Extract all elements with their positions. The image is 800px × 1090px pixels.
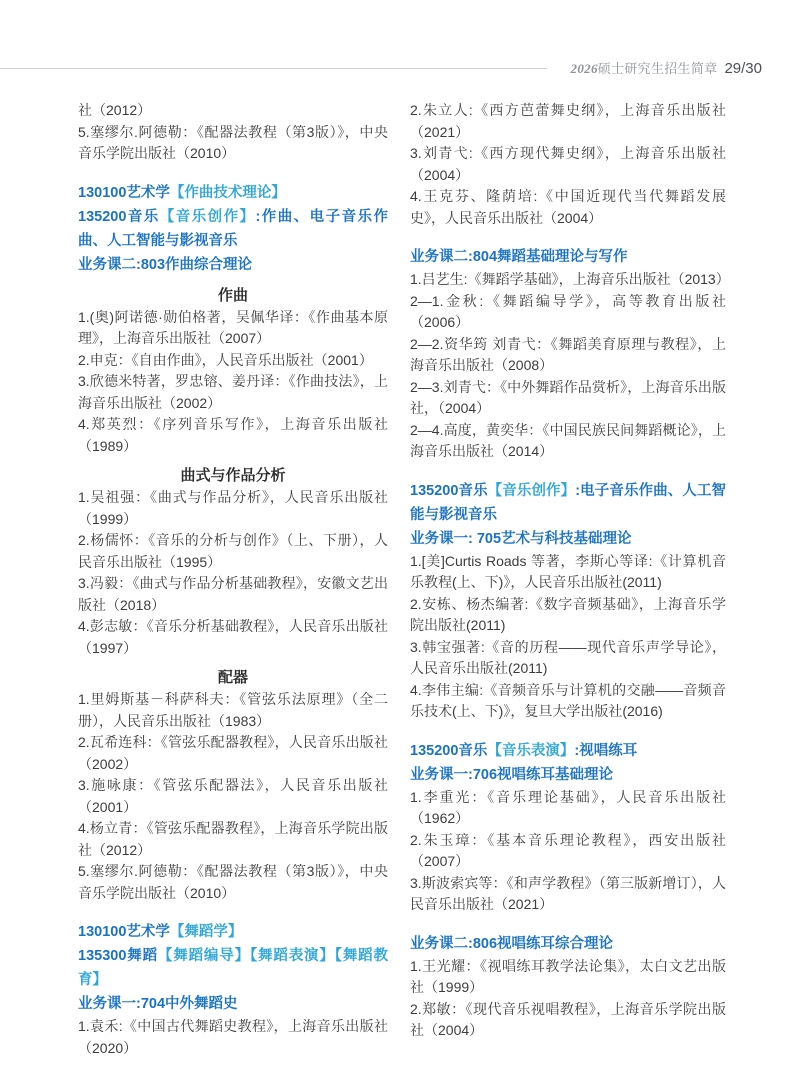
reference-item: 1.王光耀：《视唱练耳教学法论集》，太白文艺出版社（1999） xyxy=(410,956,726,999)
reference-item: 2.朱立人:《西方芭蕾舞史纲》，上海音乐出版社（2021） xyxy=(410,100,726,143)
reference-item: 2—1.金秋:《舞蹈编导学》，高等教育出版社（2006） xyxy=(410,291,726,334)
reference-list: 1.(奥)阿诺德·勋伯格著，吴佩华译：《作曲基本原理》，上海音乐出版社（2007… xyxy=(78,307,388,458)
program-heading: 130100艺术学【舞蹈学】135300舞蹈【舞蹈编导】【舞蹈表演】【舞蹈教育】… xyxy=(78,920,388,1016)
reference-item: 1.吴祖强：《曲式与作品分析》，人民音乐出版社（1999） xyxy=(78,487,388,530)
heading-line: 135200音乐【音乐创作】:电子音乐作曲、人工智能与影视音乐 xyxy=(410,479,726,527)
reference-item: 1.[美]Curtis Roads 等著，李斯心等译:《计算机音乐教程(上、下)… xyxy=(410,551,726,594)
program-heading: 135200音乐【音乐表演】:视唱练耳业务课一:706视唱练耳基础理论 xyxy=(410,739,726,787)
reference-item: 3.韩宝强著:《音的历程——现代音乐声学导论》，人民音乐出版社(2011) xyxy=(410,637,726,680)
header-brochure-title: 硕士研究生招生简章 xyxy=(598,61,718,76)
section-subheading: 曲式与作品分析 xyxy=(78,465,388,487)
reference-item: 社（2012） xyxy=(78,100,388,122)
heading-line: 业务课二:806视唱练耳综合理论 xyxy=(410,932,726,956)
heading-line: 业务课一:704中外舞蹈史 xyxy=(78,992,388,1016)
reference-item: 3.斯波索宾等：《和声学教程》（第三版新增订），人民音乐出版社（2021） xyxy=(410,873,726,916)
reference-list: 1.吕艺生:《舞蹈学基础》，上海音乐出版社（2013）2—1.金秋:《舞蹈编导学… xyxy=(410,269,726,463)
reference-list: 1.吴祖强：《曲式与作品分析》，人民音乐出版社（1999）2.杨儒怀：《音乐的分… xyxy=(78,487,388,659)
reference-item: 3.欣德米特著，罗忠镕、姜丹译：《作曲技法》，上海音乐出版社（2002） xyxy=(78,371,388,414)
reference-item: 2.申克：《自由作曲》，人民音乐出版社（2001） xyxy=(78,350,388,372)
heading-line: 130100艺术学【作曲技术理论】 xyxy=(78,181,388,205)
right-column: 2.朱立人:《西方芭蕾舞史纲》，上海音乐出版社（2021）3.刘青弋:《西方现代… xyxy=(410,100,726,1042)
reference-list: 1.袁禾:《中国古代舞蹈史教程》，上海音乐出版社（2020） xyxy=(78,1016,388,1059)
reference-list: 社（2012）5.塞缪尔.阿德勒：《配器法教程（第3版）》，中央音乐学院出版社（… xyxy=(78,100,388,165)
heading-line: 业务课二:804舞蹈基础理论与写作 xyxy=(410,245,726,269)
reference-item: 5.塞缪尔.阿德勒：《配器法教程（第3版）》，中央音乐学院出版社（2010） xyxy=(78,122,388,165)
reference-item: 4.郑英烈：《序列音乐写作》，上海音乐出版社（1989） xyxy=(78,414,388,457)
reference-item: 5.塞缪尔.阿德勒：《配器法教程（第3版）》，中央音乐学院出版社（2010） xyxy=(78,861,388,904)
reference-item: 1.李重光：《音乐理论基础》，人民音乐出版社（1962） xyxy=(410,787,726,830)
reference-item: 4.王克芬、隆荫培:《中国近现代当代舞蹈发展史》，人民音乐出版社（2004） xyxy=(410,186,726,229)
heading-line: 135300舞蹈【舞蹈编导】【舞蹈表演】【舞蹈教育】 xyxy=(78,944,388,992)
reference-item: 1.里姆斯基－科萨科夫：《管弦乐法原理》（全二册），人民音乐出版社（1983） xyxy=(78,689,388,732)
page-header: 2026硕士研究生招生简章29/30 xyxy=(571,58,762,77)
reference-list: 1.李重光：《音乐理论基础》，人民音乐出版社（1962）2.朱玉璋：《基本音乐理… xyxy=(410,787,726,916)
program-heading: 135200音乐【音乐创作】:电子音乐作曲、人工智能与影视音乐业务课一: 705… xyxy=(410,479,726,551)
section-subheading: 配器 xyxy=(78,667,388,689)
reference-list: 2.朱立人:《西方芭蕾舞史纲》，上海音乐出版社（2021）3.刘青弋:《西方现代… xyxy=(410,100,726,229)
reference-item: 2.郑敏：《现代音乐视唱教程》，上海音乐学院出版社（2004） xyxy=(410,999,726,1042)
reference-item: 1.(奥)阿诺德·勋伯格著，吴佩华译：《作曲基本原理》，上海音乐出版社（2007… xyxy=(78,307,388,350)
page-number: 29/30 xyxy=(724,60,762,77)
reference-item: 1.吕艺生:《舞蹈学基础》，上海音乐出版社（2013） xyxy=(410,269,726,291)
reference-item: 1.袁禾:《中国古代舞蹈史教程》，上海音乐出版社（2020） xyxy=(78,1016,388,1059)
header-year: 2026 xyxy=(571,61,598,76)
reference-item: 2.瓦希连科：《管弦乐配器教程》，人民音乐出版社（2002） xyxy=(78,732,388,775)
reference-item: 2.杨儒怀：《音乐的分析与创作》（上、下册），人民音乐出版社（1995） xyxy=(78,530,388,573)
reference-item: 2—3.刘青弋：《中外舞蹈作品赏析》，上海音乐出版社，（2004） xyxy=(410,377,726,420)
reference-item: 3.刘青弋:《西方现代舞史纲》，上海音乐出版社（2004） xyxy=(410,143,726,186)
section-subheading: 作曲 xyxy=(78,285,388,307)
document-page: 2026硕士研究生招生简章29/30 社（2012）5.塞缪尔.阿德勒：《配器法… xyxy=(0,0,800,1090)
left-column: 社（2012）5.塞缪尔.阿德勒：《配器法教程（第3版）》，中央音乐学院出版社（… xyxy=(78,100,388,1059)
reference-item: 3.冯毅：《曲式与作品分析基础教程》，安徽文艺出版社（2018） xyxy=(78,573,388,616)
reference-list: 1.[美]Curtis Roads 等著，李斯心等译:《计算机音乐教程(上、下)… xyxy=(410,551,726,723)
heading-line: 业务课一: 705艺术与科技基础理论 xyxy=(410,527,726,551)
heading-line: 135200音乐【音乐表演】:视唱练耳 xyxy=(410,739,726,763)
program-heading: 130100艺术学【作曲技术理论】135200音乐【音乐创作】:作曲、电子音乐作… xyxy=(78,181,388,277)
heading-line: 130100艺术学【舞蹈学】 xyxy=(78,920,388,944)
reference-item: 2.安栋、杨杰编著:《数字音频基础》，上海音乐学院出版社(2011) xyxy=(410,594,726,637)
reference-item: 3.施咏康：《管弦乐配器法》，人民音乐出版社（2001） xyxy=(78,775,388,818)
reference-item: 2—2.资华筠 刘青弋：《舞蹈美育原理与教程》，上海音乐出版社（2008） xyxy=(410,334,726,377)
heading-line: 业务课一:706视唱练耳基础理论 xyxy=(410,763,726,787)
program-heading: 业务课二:806视唱练耳综合理论 xyxy=(410,932,726,956)
reference-item: 4.彭志敏：《音乐分析基础教程》，人民音乐出版社（1997） xyxy=(78,616,388,659)
reference-item: 2.朱玉璋：《基本音乐理论教程》，西安出版社（2007） xyxy=(410,830,726,873)
program-heading: 业务课二:804舞蹈基础理论与写作 xyxy=(410,245,726,269)
reference-item: 4.杨立青：《管弦乐配器教程》，上海音乐学院出版社（2012） xyxy=(78,818,388,861)
reference-list: 1.王光耀：《视唱练耳教学法论集》，太白文艺出版社（1999）2.郑敏：《现代音… xyxy=(410,956,726,1042)
reference-list: 1.里姆斯基－科萨科夫：《管弦乐法原理》（全二册），人民音乐出版社（1983）2… xyxy=(78,689,388,904)
heading-line: 135200音乐【音乐创作】:作曲、电子音乐作曲、人工智能与影视音乐 xyxy=(78,205,388,253)
heading-line: 业务课二:803作曲综合理论 xyxy=(78,253,388,277)
reference-item: 4.李伟主编:《音频音乐与计算机的交融——音频音乐技术(上、下)》，复旦大学出版… xyxy=(410,680,726,723)
reference-item: 2—4.高度，黄奕华：《中国民族民间舞蹈概论》，上海音乐出版社（2014） xyxy=(410,420,726,463)
header-rule xyxy=(0,68,547,69)
